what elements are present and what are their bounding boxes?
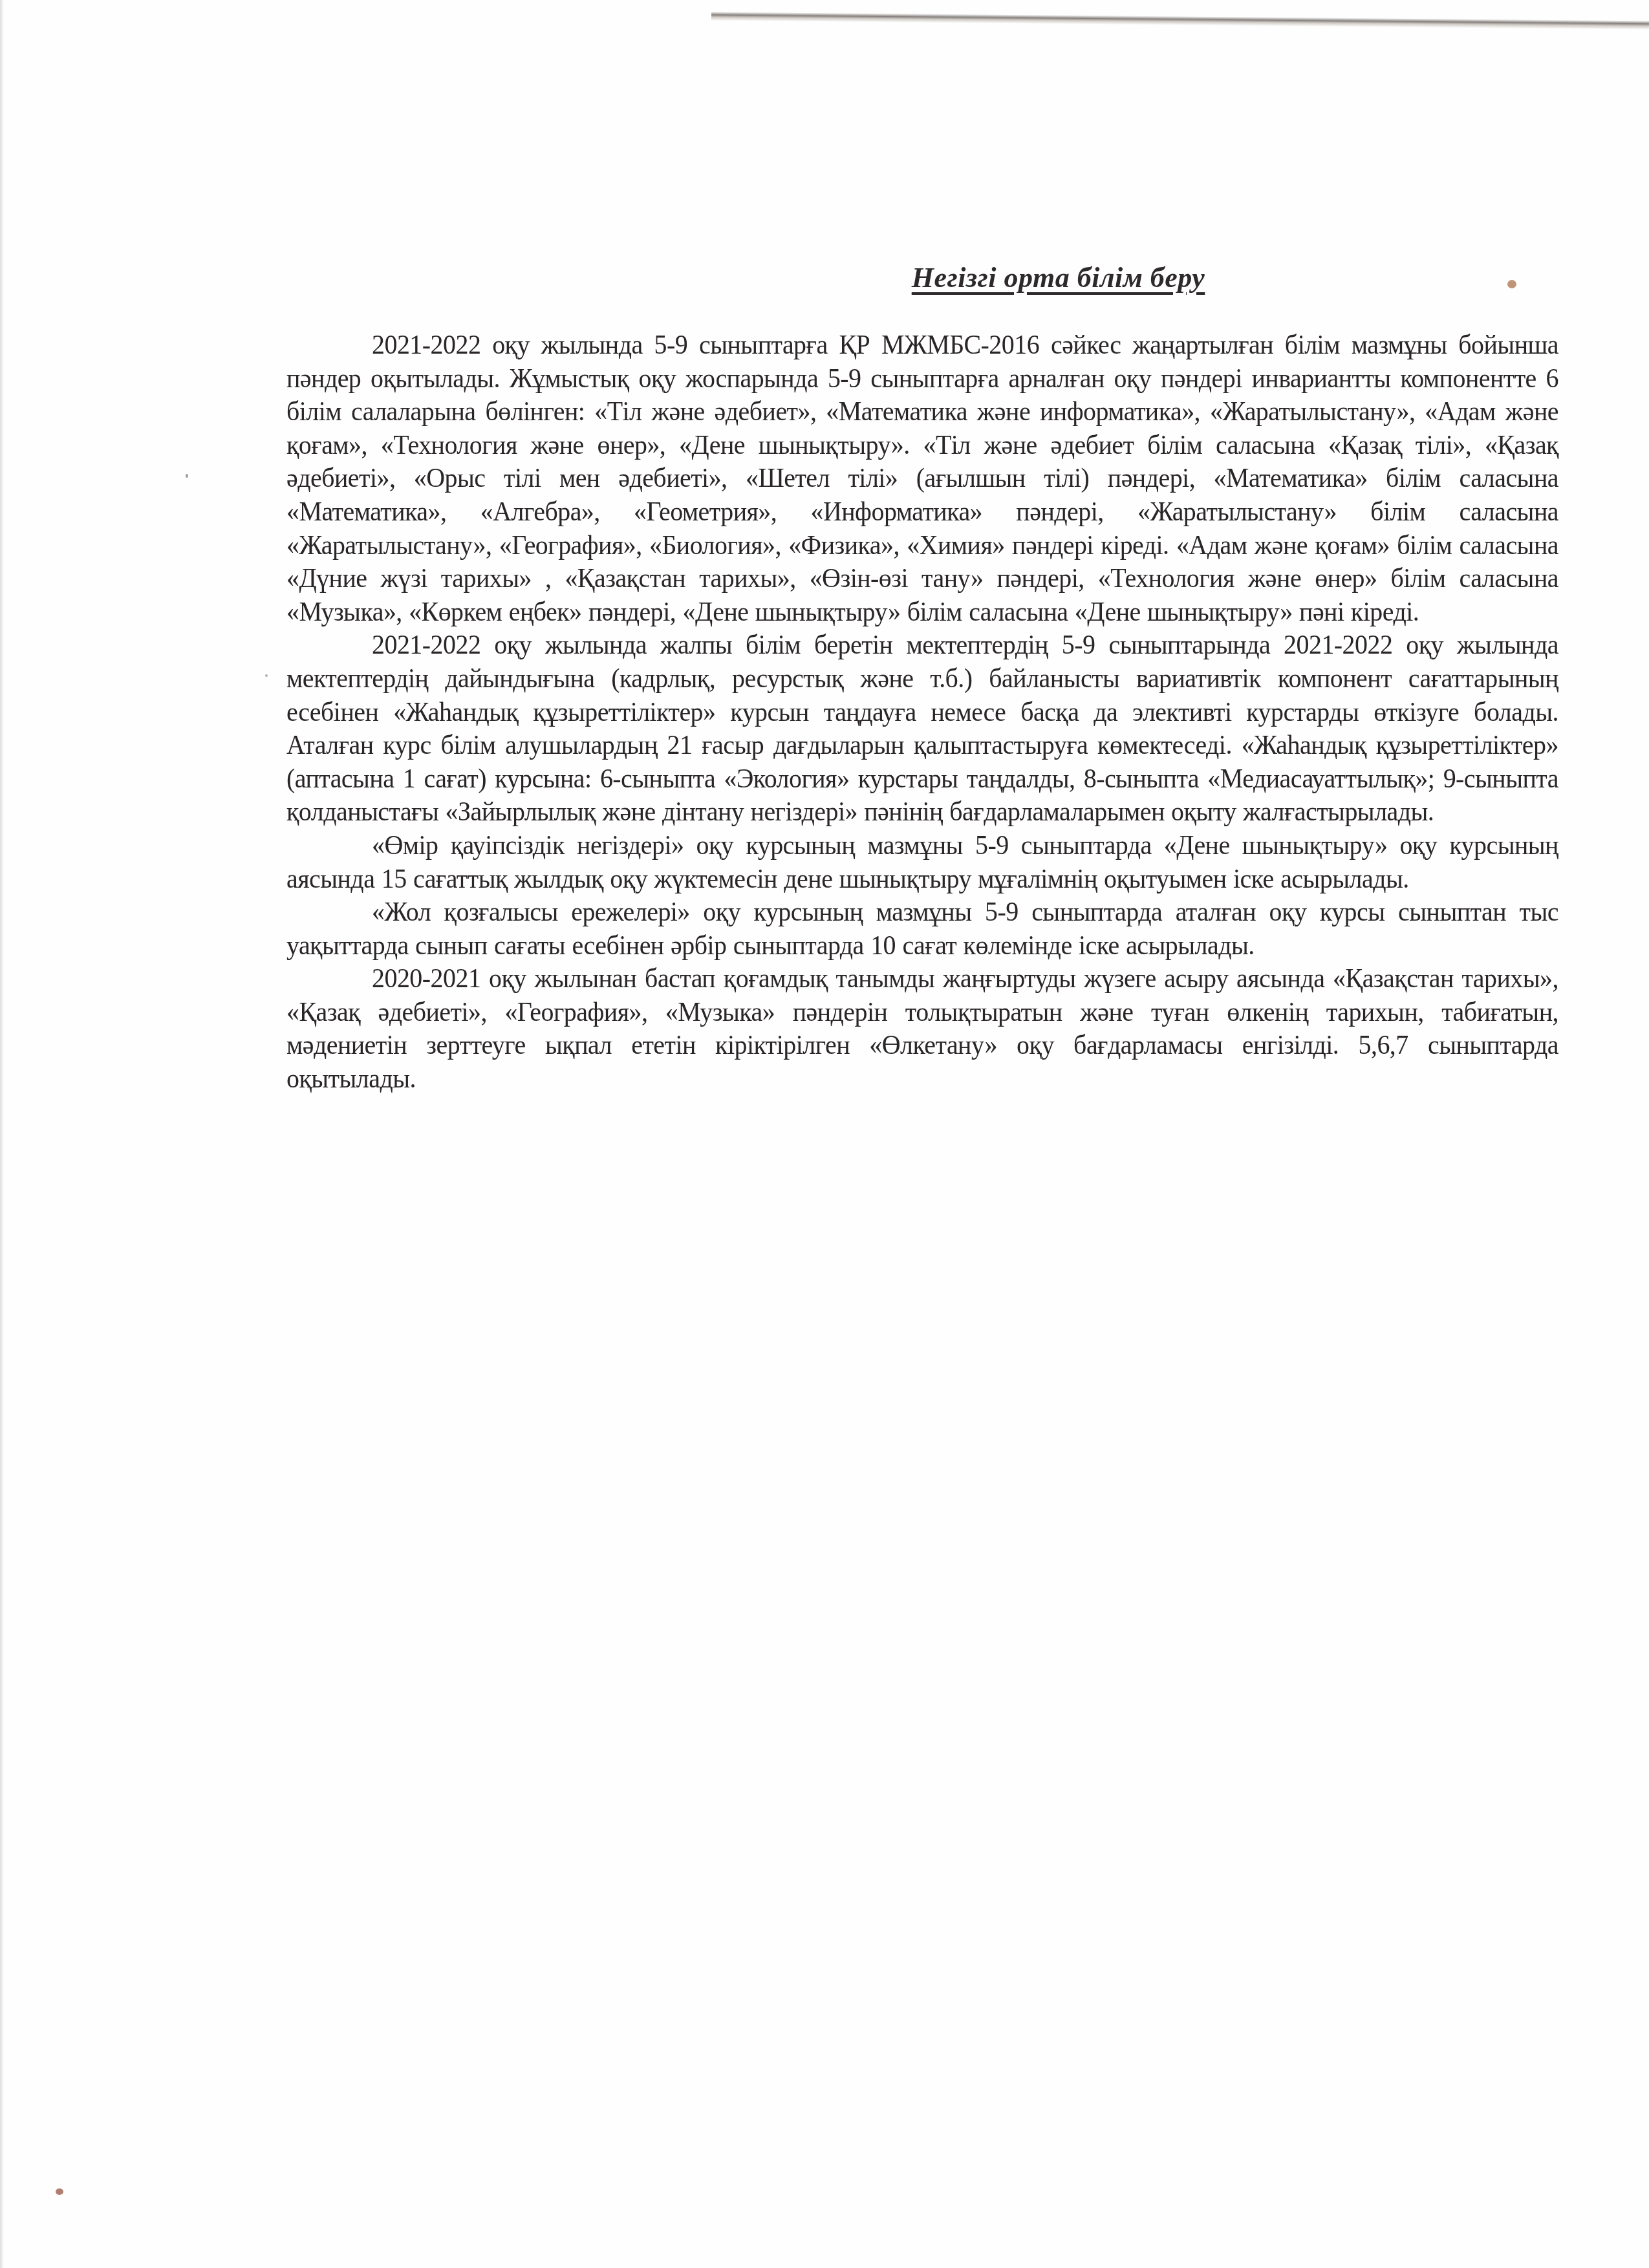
scan-left-edge — [0, 0, 4, 2268]
section-heading: Негізгі орта білім беру — [286, 259, 1558, 297]
paragraph-traffic-rules: «Жол қозғалысы ережелері» оқу курсының м… — [286, 895, 1558, 962]
paragraph-life-safety: «Өмір қауіпсіздік негіздері» оқу курсыны… — [286, 829, 1558, 895]
document-page: Негізгі орта білім беру 2021-2022 оқу жы… — [286, 259, 1558, 1096]
paragraph-global-competencies: 2021-2022 оқу жылында жалпы білім береті… — [286, 628, 1558, 829]
scan-top-edge — [711, 12, 1649, 30]
paragraph-subject-areas: 2021-2022 оқу жылында 5-9 сыныптарға ҚР … — [286, 328, 1558, 628]
paragraph-local-studies: 2020-2021 оқу жылынан бастап қоғамдық та… — [286, 962, 1558, 1095]
scan-speck — [56, 2188, 63, 2195]
scan-speck — [186, 474, 188, 478]
scan-speck — [265, 674, 268, 677]
